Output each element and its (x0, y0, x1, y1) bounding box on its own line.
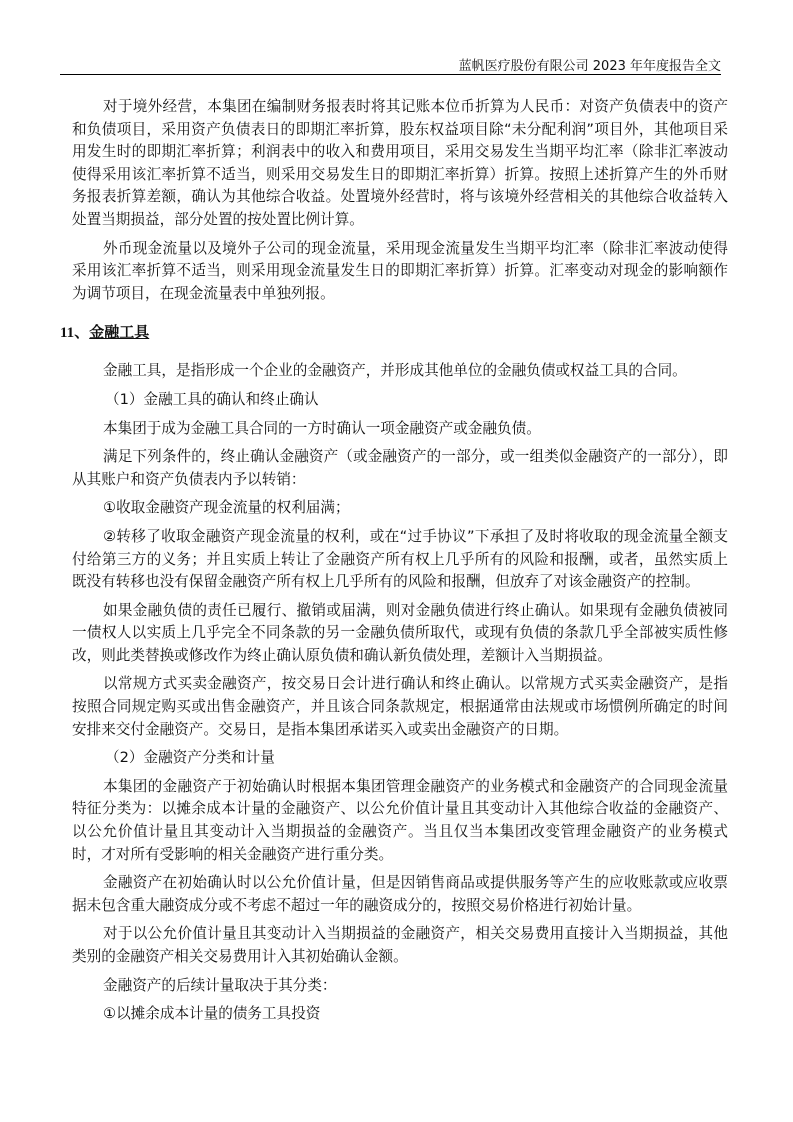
page-header: 蓝帆医疗股份有限公司 2023 年年度报告全文 (60, 52, 721, 75)
paragraph-classification: 本集团的金融资产于初始确认时根据本集团管理金融资产的业务模式和金融资产的合同现金… (72, 776, 728, 866)
paragraph-initial-measurement: 金融资产在初始确认时以公允价值计量，但是因销售商品或提供服务等产生的应收账款或应… (72, 872, 728, 917)
section-title: 金融工具 (89, 323, 149, 341)
paragraph-regular-way-trades: 以常规方式买卖金融资产，按交易日会计进行确认和终止确认。以常规方式买卖金融资产，… (72, 673, 728, 741)
section-heading-financial-instruments: 11、金融工具 (60, 321, 728, 344)
paragraph-subsequent-measurement: 金融资产的后续计量取决于其分类： (72, 975, 728, 998)
paragraph-condition-1: ①收取金融资产现金流量的权利届满； (72, 497, 728, 520)
paragraph-amortised-cost-item: ①以摊余成本计量的债务工具投资 (72, 1003, 728, 1026)
paragraph-recognition: 本集团于成为金融工具合同的一方时确认一项金融资产或金融负债。 (72, 418, 728, 441)
paragraph-definition: 金融工具，是指形成一个企业的金融资产，并形成其他单位的金融负债或权益工具的合同。 (72, 360, 728, 383)
paragraph-foreign-cash-flows: 外币现金流量以及境外子公司的现金流量，采用现金流量发生当期平均汇率（除非汇率波动… (72, 238, 728, 306)
subheading-recognition: （1）金融工具的确认和终止确认 (72, 389, 728, 412)
report-title: 蓝帆医疗股份有限公司 2023 年年度报告全文 (459, 55, 721, 74)
subheading-classification: （2）金融资产分类和计量 (72, 747, 728, 770)
document-body: 对于境外经营，本集团在编制财务报表时将其记账本位币折算为人民币：对资产负债表中的… (72, 96, 728, 1032)
section-separator: 、 (74, 323, 89, 341)
paragraph-derecognition-conditions: 满足下列条件的，终止确认金融资产（或金融资产的一部分，或一组类似金融资产的一部分… (72, 446, 728, 491)
section-number: 11 (60, 325, 74, 341)
paragraph-condition-2: ②转移了收取金融资产现金流量的权利，或在“过手协议”下承担了及时将收取的现金流量… (72, 526, 728, 594)
paragraph-foreign-operations: 对于境外经营，本集团在编制财务报表时将其记账本位币折算为人民币：对资产负债表中的… (72, 96, 728, 232)
paragraph-transaction-costs: 对于以公允价值计量且其变动计入当期损益的金融资产，相关交易费用直接计入当期损益，… (72, 923, 728, 968)
paragraph-liability-derecognition: 如果金融负债的责任已履行、撤销或届满，则对金融负债进行终止确认。如果现有金融负债… (72, 600, 728, 668)
